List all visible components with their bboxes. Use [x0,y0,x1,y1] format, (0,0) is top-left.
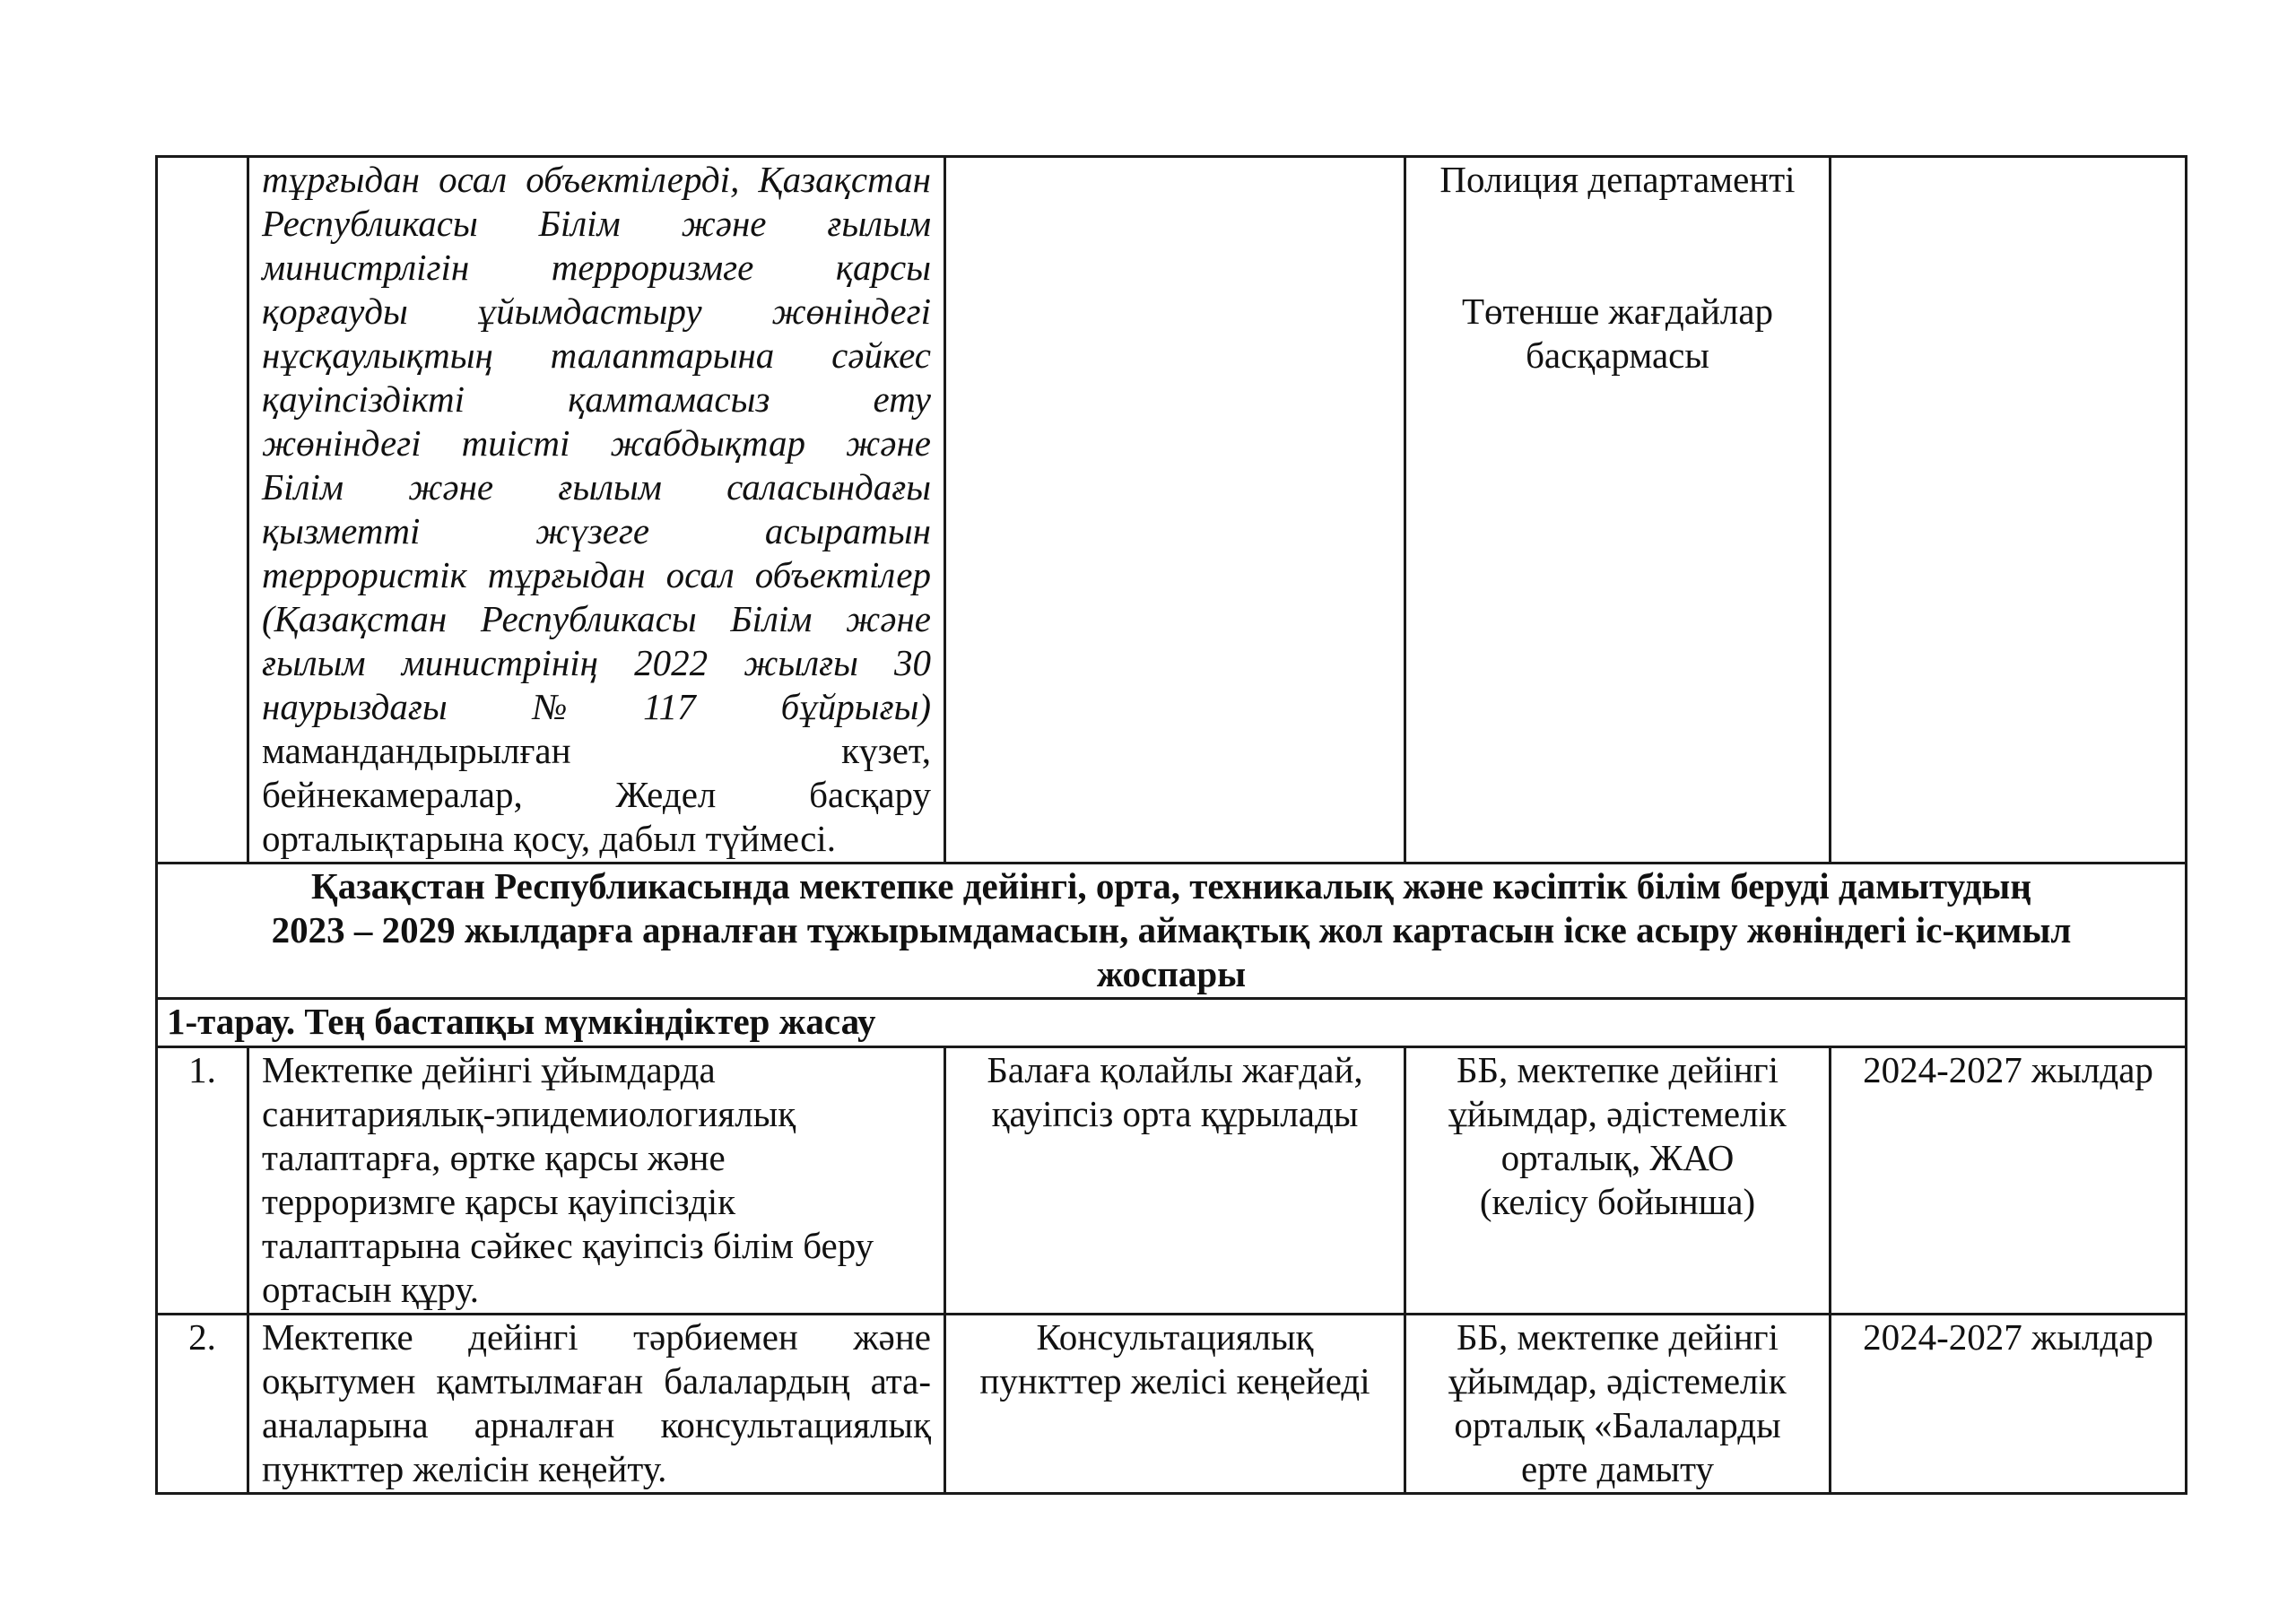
table-row: 2. Мектепке дейінгі тәрбиемен және оқыту… [157,1315,2187,1494]
action-line: тұрғыдан осал объектілерді, Қазақстан [262,158,931,202]
responsible-line: ББ, мектепке дейінгі [1419,1048,1816,1092]
result-line: Балаға қолайлы жағдай, [959,1048,1391,1092]
action-line: санитариялық-эпидемиологиялық [262,1092,931,1136]
cell-action: Мектепке дейінгі тәрбиемен және оқытумен… [248,1315,945,1494]
cell-responsible: ББ, мектепке дейінгі ұйымдар, әдістемелі… [1405,1315,1831,1494]
responsible-line: орталық «Балаларды [1419,1403,1816,1447]
action-plan-table: тұрғыдан осал объектілерді, Қазақстан Ре… [155,155,2187,1495]
cell-responsible: ББ, мектепке дейінгі ұйымдар, әдістемелі… [1405,1047,1831,1315]
responsible-emergency: Төтенше жағдайлар [1419,290,1816,334]
heading-line: Қазақстан Республикасында мектепке дейін… [167,864,2176,908]
action-line: пункттер желісін кеңейту. [262,1447,931,1491]
responsible-line: ұйымдар, әдістемелік [1419,1092,1816,1136]
table-row-continued: тұрғыдан осал объектілерді, Қазақстан Ре… [157,157,2187,864]
action-line: Мектепке дейінгі ұйымдарда [262,1048,931,1092]
action-line: бейнекамералар, Жедел басқару [262,773,931,817]
action-line: мамандандырылған күзет, [262,729,931,773]
result-line: пункттер желісі кеңейеді [959,1359,1391,1403]
action-line: нұсқаулықтың талаптарына сәйкес [262,334,931,378]
cell-responsible: Полиция департаменті Төтенше жағдайлар б… [1405,157,1831,864]
action-line: талаптарына сәйкес қауіпсіз білім беру [262,1224,931,1268]
action-line: аналарына арналған консультациялық [262,1403,931,1447]
section-title: 1-тарау. Тең бастапқы мүмкіндіктер жасау [157,999,2187,1047]
responsible-line: ББ, мектепке дейінгі [1419,1315,1816,1359]
action-line: талаптарға, өртке қарсы және [262,1136,931,1180]
cell-action: Мектепке дейінгі ұйымдарда санитариялық-… [248,1047,945,1315]
cell-action: тұрғыдан осал объектілерді, Қазақстан Ре… [248,157,945,864]
heading-line: жоспары [167,952,2176,996]
action-line: ортасын құру. [262,1268,931,1312]
cell-result [945,157,1405,864]
cell-result: Консультациялық пункттер желісі кеңейеді [945,1315,1405,1494]
spacer [1419,202,1816,290]
cell-number: 1. [157,1047,248,1315]
action-line: терроризмге қарсы қауіпсіздік [262,1180,931,1224]
cell-number [157,157,248,864]
action-line: Мектепке дейінгі тәрбиемен және [262,1315,931,1359]
responsible-police: Полиция департаменті [1419,158,1816,202]
responsible-line: орталық, ЖАО [1419,1136,1816,1180]
cell-deadline [1831,157,2187,864]
action-line: жөніндегі тиісті жабдықтар және [262,421,931,465]
result-line: Консультациялық [959,1315,1391,1359]
action-line: террористік тұрғыдан осал объектілер [262,553,931,597]
plan-heading: Қазақстан Республикасында мектепке дейін… [157,864,2187,999]
document-page: тұрғыдан осал объектілерді, Қазақстан Ре… [0,0,2296,1623]
action-line: орталықтарына қосу, дабыл түймесі. [262,817,931,861]
cell-result: Балаға қолайлы жағдай, қауіпсіз орта құр… [945,1047,1405,1315]
section-row: 1-тарау. Тең бастапқы мүмкіндіктер жасау [157,999,2187,1047]
cell-deadline: 2024-2027 жылдар [1831,1047,2187,1315]
responsible-emergency: басқармасы [1419,334,1816,378]
action-line: (Қазақстан Республикасы Білім және [262,597,931,641]
action-line: қорғауды ұйымдастыру жөніндегі [262,290,931,334]
heading-line: 2023 – 2029 жылдарға арналған тұжырымдам… [167,908,2176,952]
responsible-line: ұйымдар, әдістемелік [1419,1359,1816,1403]
responsible-line: ерте дамыту [1419,1447,1816,1491]
action-line: министрлігін терроризмге қарсы [262,246,931,290]
action-line: қауіпсіздікті қамтамасыз ету [262,378,931,421]
action-line: Республикасы Білім және ғылым [262,202,931,246]
result-line: қауіпсіз орта құрылады [959,1092,1391,1136]
cell-deadline: 2024-2027 жылдар [1831,1315,2187,1494]
action-line: Білім және ғылым саласындағы [262,465,931,509]
action-line: қызметті жүзеге асыратын [262,509,931,553]
action-line: оқытумен қамтылмаған балалардың ата- [262,1359,931,1403]
cell-number: 2. [157,1315,248,1494]
table-row: 1. Мектепке дейінгі ұйымдарда санитариял… [157,1047,2187,1315]
table-heading-row: Қазақстан Республикасында мектепке дейін… [157,864,2187,999]
responsible-line: (келісу бойынша) [1419,1180,1816,1224]
action-line: наурыздағы №117 бұйрығы) [262,685,931,729]
action-line: ғылым министрінің 2022 жылғы 30 [262,641,931,685]
